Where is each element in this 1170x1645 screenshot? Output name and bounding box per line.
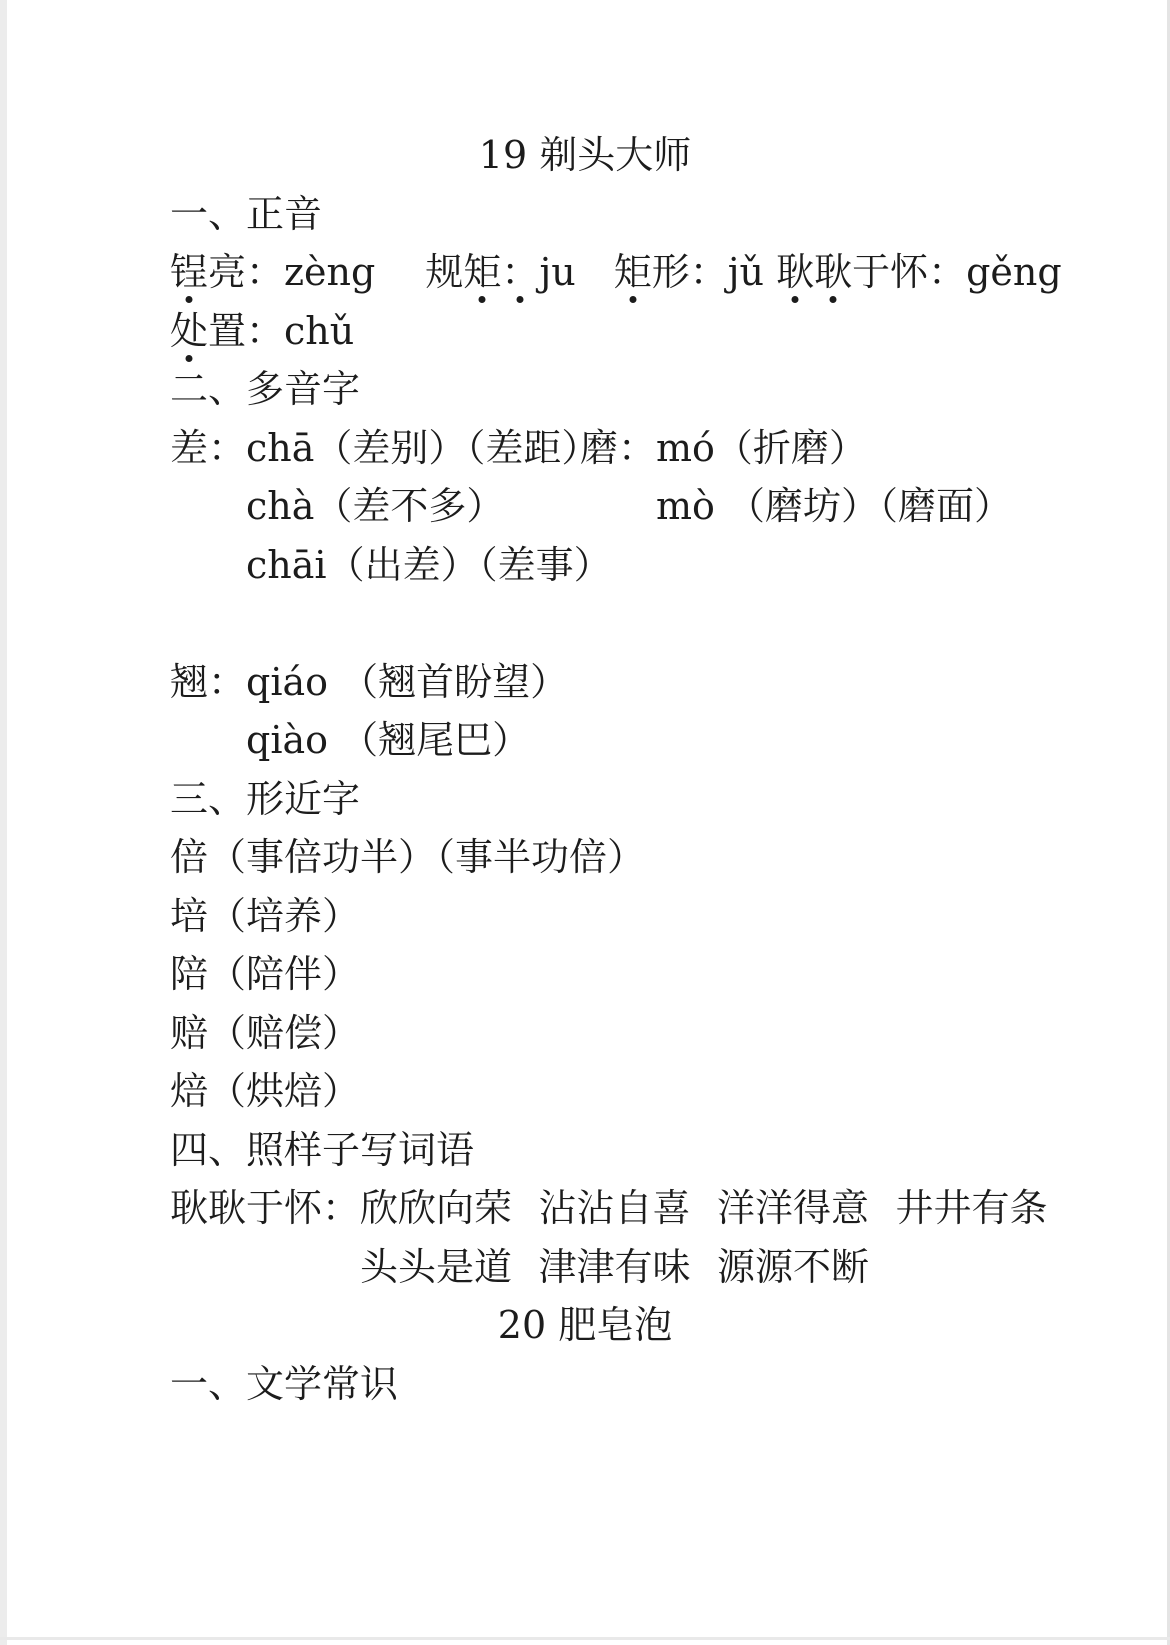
- text-cell: 陪（陪伴）: [170, 952, 360, 996]
- text-segment: 二、多音字: [170, 367, 360, 411]
- polyphone-line: chà（差不多） mò （磨坊）（磨面）: [0, 477, 1170, 536]
- polyphone-line: 翘：qiáo （翘首盼望）: [0, 653, 1170, 712]
- text-segment: qiào （翘尾巴）: [170, 718, 530, 762]
- emphasized-char: 耿: [776, 250, 814, 294]
- similar-char-line: 倍（事倍功半）（事半功倍）: [0, 828, 1170, 887]
- page-edge-bottom: [0, 1637, 1170, 1640]
- emphasized-char: 矩: [463, 250, 501, 294]
- text-segment: 翘：qiáo （翘首盼望）: [170, 660, 568, 704]
- section-heading-xingjinzi: 三、形近字: [0, 770, 1170, 829]
- text-segment: 头头是道 津津有味 源源不断: [170, 1245, 869, 1289]
- text-segment: 培（培养）: [170, 894, 360, 938]
- polyphone-line: qiào （翘尾巴）: [0, 711, 1170, 770]
- emphasized-char: 矩: [614, 250, 652, 294]
- text-segment: ju: [539, 250, 613, 294]
- document-page: 19 剃头大师一、正音锃亮：zèng 规矩：ju 矩形：jǔ 耿耿于怀：gěng…: [0, 0, 1170, 1645]
- text-cell: 焙（烘焙）: [170, 1069, 360, 1113]
- text-segment: 耿耿于怀：欣欣向荣 沾沾自喜 洋洋得意 井井有条: [170, 1186, 1048, 1230]
- text-cell: 耿耿于怀：欣欣向荣 沾沾自喜 洋洋得意 井井有条: [170, 1186, 1048, 1230]
- text-cell: chà（差不多）: [170, 477, 580, 536]
- lesson-19-title: 19 剃头大师: [0, 126, 1170, 185]
- text-cell: 锃亮：zèng 规矩：ju 矩形：jǔ 耿耿于怀：gěng: [170, 250, 1062, 294]
- text-cell: 处置：chǔ: [170, 309, 354, 353]
- text-segment: 一、正音: [170, 192, 322, 236]
- text-segment: 三、形近字: [170, 777, 360, 821]
- text-segment: 倍（事倍功半）（事半功倍）: [170, 835, 645, 879]
- text-segment: 差：chā（差别）（差距）: [170, 426, 599, 470]
- text-segment: chà（差不多）: [170, 484, 504, 528]
- document-content: 19 剃头大师一、正音锃亮：zèng 规矩：ju 矩形：jǔ 耿耿于怀：gěng…: [0, 0, 1170, 1413]
- text-segment: 亮：zèng 规: [208, 250, 463, 294]
- pronunciation-line: 处置：chǔ: [0, 302, 1170, 361]
- similar-char-line: 陪（陪伴）: [0, 945, 1170, 1004]
- text-cell: 四、照样子写词语: [170, 1128, 474, 1172]
- lesson-20-title: 20 肥皂泡: [0, 1296, 1170, 1355]
- similar-char-line: 焙（烘焙）: [0, 1062, 1170, 1121]
- text-cell: 头头是道 津津有味 源源不断: [170, 1245, 869, 1289]
- text-segment: 焙（烘焙）: [170, 1069, 360, 1113]
- section-heading-duoyinzi: 二、多音字: [0, 360, 1170, 419]
- text-segment: 一、文学常识: [170, 1362, 398, 1406]
- text-cell: 赔（赔偿）: [170, 1011, 360, 1055]
- text-cell: 一、文学常识: [170, 1362, 398, 1406]
- blank-line: [0, 594, 1170, 653]
- text-cell: 三、形近字: [170, 777, 360, 821]
- text-segment: 磨：mó（折磨）: [580, 426, 867, 470]
- text-segment: 20 肥皂泡: [498, 1303, 672, 1347]
- text-segment: 赔（赔偿）: [170, 1011, 360, 1055]
- text-cell: 倍（事倍功半）（事半功倍）: [170, 835, 645, 879]
- text-segment: 置：chǔ: [208, 309, 354, 353]
- text-cell: 培（培养）: [170, 894, 360, 938]
- text-segment: 19 剃头大师: [479, 133, 691, 177]
- text-segment: 陪（陪伴）: [170, 952, 360, 996]
- text-cell: 一、正音: [170, 192, 322, 236]
- text-cell: qiào （翘尾巴）: [170, 718, 530, 762]
- section-heading-zhengyin: 一、正音: [0, 185, 1170, 244]
- text-cell: 二、多音字: [170, 367, 360, 411]
- text-cell: chāi（出差）（差事）: [170, 543, 612, 587]
- emphasized-char: 处: [170, 309, 208, 353]
- text-cell: 20 肥皂泡: [498, 1303, 672, 1347]
- polyphone-line: chāi（出差）（差事）: [0, 536, 1170, 595]
- text-cell: 差：chā（差别）（差距）: [170, 419, 580, 478]
- text-segment: 形：jǔ: [652, 250, 776, 294]
- text-segment: 四、照样子写词语: [170, 1128, 474, 1172]
- polyphone-line: 差：chā（差别）（差距）磨：mó（折磨）: [0, 419, 1170, 478]
- aabb-words-line: 耿耿于怀：欣欣向荣 沾沾自喜 洋洋得意 井井有条: [0, 1179, 1170, 1238]
- text-cell: mò （磨坊）（磨面）: [580, 484, 1012, 528]
- text-cell: 19 剃头大师: [479, 133, 691, 177]
- aabb-words-line: 头头是道 津津有味 源源不断: [0, 1238, 1170, 1297]
- text-segment: mò （磨坊）（磨面）: [580, 484, 1012, 528]
- text-cell: 翘：qiáo （翘首盼望）: [170, 660, 568, 704]
- section-heading-wenxuechangshi: 一、文学常识: [0, 1355, 1170, 1414]
- text-cell: 磨：mó（折磨）: [580, 426, 867, 470]
- section-heading-xieciyu: 四、照样子写词语: [0, 1121, 1170, 1180]
- similar-char-line: 赔（赔偿）: [0, 1004, 1170, 1063]
- pronunciation-line: 锃亮：zèng 规矩：ju 矩形：jǔ 耿耿于怀：gěng: [0, 243, 1170, 302]
- text-segment: chāi（出差）（差事）: [170, 543, 612, 587]
- emphasized-char: 锃: [170, 250, 208, 294]
- emphasized-char: ：: [501, 250, 539, 294]
- text-segment: 于怀：gěng: [852, 250, 1062, 294]
- emphasized-char: 耿: [814, 250, 852, 294]
- similar-char-line: 培（培养）: [0, 887, 1170, 946]
